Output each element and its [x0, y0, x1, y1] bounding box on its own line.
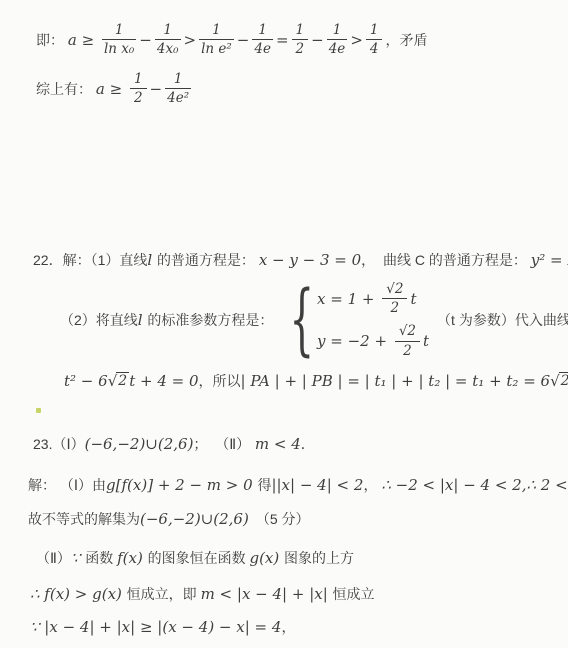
fraction: 14	[366, 22, 383, 57]
math-run: l	[147, 251, 157, 269]
math-run: ∴ −2 < |x| − 4 < 2,∴ 2 < |x| < 6	[381, 476, 568, 494]
fraction-numerator: 1	[130, 71, 147, 89]
math-run: m < |x − 4| + |x|	[201, 585, 333, 603]
math-run: f(x)	[117, 549, 147, 567]
fraction-denominator: 2	[130, 89, 147, 106]
text-run: （2）将直线	[60, 310, 138, 330]
document-line-l9: （Ⅱ）∵ 函数 f(x) 的图象恒在函数 g(x) 图象的上方	[36, 548, 354, 568]
text-run: 图象的上方	[284, 548, 354, 568]
text-run: 恒成立	[333, 584, 375, 604]
text-run: ， 曲线 C 的普通方程是：	[361, 250, 531, 270]
text-run: 22．解：（1）直线	[33, 250, 147, 270]
text-run: 的普通方程是：	[157, 250, 259, 270]
text-run: ，	[363, 475, 381, 495]
fraction: 12	[292, 22, 309, 57]
fraction-denominator: 4e	[252, 40, 273, 57]
fraction: √22	[382, 281, 407, 316]
document-line-l4: （2）将直线l 的标准参数方程是：{x = 1 + √22ty = −2 + √…	[60, 281, 568, 359]
math-run: t	[423, 332, 429, 350]
math-run: t² − 6	[64, 372, 108, 390]
text-run: 23.（Ⅰ）	[33, 434, 85, 454]
fraction: 1ln x₀	[102, 22, 136, 57]
text-run: ，矛盾	[385, 30, 427, 50]
text-run: （t 为参数）代入曲线	[437, 310, 568, 330]
fraction-denominator: 2	[395, 342, 420, 359]
document-line-l5: t² − 6√2t + 4 = 0，所以| PA | + | PB | = | …	[64, 371, 568, 391]
text-run: 的图象恒在函数	[148, 548, 250, 568]
document-line-l2: 综上有： a ≥ 12−14e²	[36, 71, 194, 106]
fraction-numerator: 1	[165, 71, 191, 89]
fraction-denominator: 4x₀	[155, 40, 181, 57]
cases-brace-icon: {	[290, 283, 315, 357]
fraction-denominator: ln e²	[199, 40, 234, 57]
fraction: 14x₀	[155, 22, 181, 57]
fraction-numerator: √2	[395, 323, 420, 341]
text-run: （Ⅱ）	[36, 548, 71, 568]
math-run: −	[237, 31, 250, 49]
fraction-numerator: √2	[382, 281, 407, 299]
math-run: >	[350, 31, 363, 49]
math-run: −	[139, 31, 152, 49]
math-run: l	[138, 311, 148, 329]
fraction-numerator: 1	[366, 22, 383, 40]
text-run: ，所以	[199, 371, 241, 391]
text-run: 即：	[36, 30, 68, 50]
fraction-numerator: 1	[155, 22, 181, 40]
text-run: 综上有：	[36, 79, 96, 99]
fraction-denominator: 2	[382, 299, 407, 316]
math-run: ∴ f(x) > g(x)	[30, 585, 127, 603]
fraction: 12	[130, 71, 147, 106]
text-run: 的标准参数方程是：	[147, 310, 273, 330]
math-run: −	[150, 80, 163, 98]
math-run: a ≥	[96, 80, 127, 98]
math-run: ∵ |x − 4| + |x| ≥ |(x − 4) − x| = 4	[30, 618, 281, 636]
document-line-l6: 23.（Ⅰ）(−6,−2)∪(2,6)； （Ⅱ） m < 4．	[33, 434, 315, 454]
text-run: 故不等式的解集为	[28, 509, 140, 529]
text-run: 函数	[85, 548, 117, 568]
math-run: ∵	[71, 549, 85, 567]
text-run: 得	[257, 475, 271, 495]
text-run: ．	[301, 434, 315, 454]
math-run: (−6,−2)∪(2,6)	[140, 510, 249, 528]
fraction: 14e	[327, 22, 348, 57]
fraction-denominator: 4	[366, 40, 383, 57]
fraction-numerator: 1	[252, 22, 273, 40]
math-run: >	[184, 31, 197, 49]
math-run: y = −2 +	[317, 332, 392, 350]
fraction-denominator: ln x₀	[102, 40, 136, 57]
radical: √2	[108, 372, 129, 390]
math-run: g[f(x)] + 2 − m > 0	[106, 476, 257, 494]
text-run: （5 分）	[249, 509, 310, 529]
fraction-denominator: 4e²	[165, 89, 191, 106]
cases-group: {x = 1 + √22ty = −2 + √22t	[277, 281, 429, 359]
radicand: 2	[116, 372, 129, 389]
fraction: 14e	[252, 22, 273, 57]
math-run: a ≥	[68, 31, 99, 49]
math-run: m < 4	[250, 435, 301, 453]
math-run: x = 1 +	[317, 290, 379, 308]
fraction-denominator: 2	[292, 40, 309, 57]
math-run: t + 4 = 0	[129, 372, 198, 390]
document-line-l3: 22．解：（1）直线l 的普通方程是： x − y − 3 = 0， 曲线 C …	[33, 250, 568, 270]
fraction-numerator: 1	[327, 22, 348, 40]
text-run: 恒成立，即	[127, 584, 201, 604]
fraction: 14e²	[165, 71, 191, 106]
fraction-numerator: 1	[292, 22, 309, 40]
text-run: ，	[281, 617, 295, 637]
document-line-l1: 即： a ≥ 1ln x₀−14x₀>1ln e²−14e=12−14e>14，…	[36, 22, 427, 57]
fraction-numerator: 1	[199, 22, 234, 40]
radical: √2	[550, 372, 568, 390]
radicand: 2	[559, 372, 568, 389]
math-run: −	[311, 31, 324, 49]
cases-rows: x = 1 + √22ty = −2 + √22t	[317, 281, 429, 359]
math-run: ||x| − 4| < 2	[271, 476, 363, 494]
fraction-denominator: 4e	[327, 40, 348, 57]
document-line-l8: 故不等式的解集为(−6,−2)∪(2,6) （5 分）	[28, 509, 310, 529]
math-run: y² = 2x	[531, 251, 568, 269]
document-line-l7: 解： （Ⅰ）由g[f(x)] + 2 − m > 0 得||x| − 4| < …	[28, 475, 568, 495]
math-run: (−6,−2)∪(2,6)	[85, 435, 194, 453]
math-run: g(x)	[249, 549, 284, 567]
document-line-l11: ∵ |x − 4| + |x| ≥ |(x − 4) − x| = 4，	[30, 617, 295, 637]
math-run: x − y − 3 = 0	[259, 251, 361, 269]
text-run: ； （Ⅱ）	[193, 434, 250, 454]
text-run: 解： （Ⅰ）由	[28, 475, 106, 495]
cases-row: x = 1 + √22t	[317, 281, 429, 316]
math-run: | PA | + | PB | = | t₁ | + | t₂ | = t₁ +…	[241, 372, 551, 390]
document-line-l10: ∴ f(x) > g(x) 恒成立，即 m < |x − 4| + |x| 恒成…	[30, 584, 375, 604]
math-run: t	[410, 290, 416, 308]
stray-mark	[36, 408, 41, 413]
document-page: 即： a ≥ 1ln x₀−14x₀>1ln e²−14e=12−14e>14，…	[0, 0, 568, 648]
cases-row: y = −2 + √22t	[317, 323, 429, 358]
fraction-numerator: 1	[102, 22, 136, 40]
fraction: √22	[395, 323, 420, 358]
math-run: =	[276, 31, 289, 49]
fraction: 1ln e²	[199, 22, 234, 57]
